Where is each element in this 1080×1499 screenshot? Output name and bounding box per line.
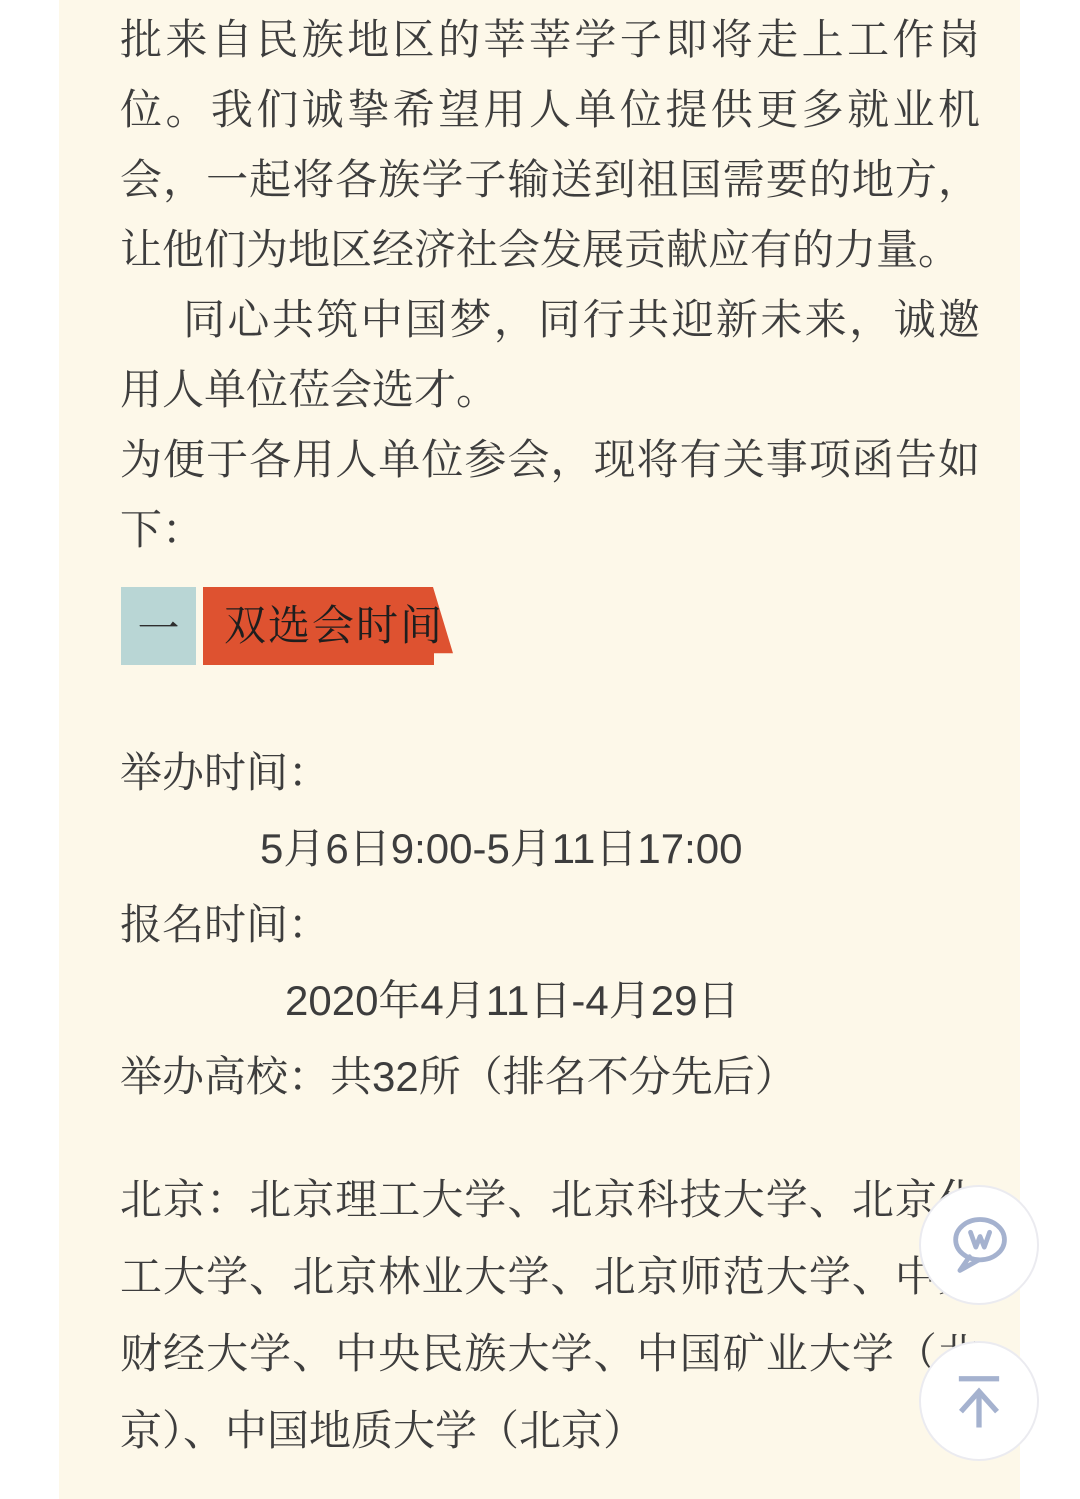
- article-page: 批来自民族地区的莘莘学子即将走上工作岗位。我们诚挚希望用人单位提供更多就业机会，…: [0, 0, 1080, 1499]
- section-title-banner: 双选会时间: [203, 587, 453, 665]
- schedule-block: 举办时间： 5月6日9:00-5月11日17:00 报名时间： 2020年4月1…: [120, 735, 1020, 1115]
- paragraph-universities-beijing: 北京：北京理工大学、北京科技大学、北京化工大学、北京林业大学、北京师范大学、中央…: [120, 1161, 980, 1469]
- signup-time-label: 报名时间：: [120, 887, 980, 963]
- arrow-up-to-bar-icon: [944, 1366, 1014, 1436]
- comment-button[interactable]: [919, 1185, 1039, 1305]
- paragraph-intro: 批来自民族地区的莘莘学子即将走上工作岗位。我们诚挚希望用人单位提供更多就业机会，…: [120, 5, 980, 285]
- section-header-time: 一 双选会时间: [121, 587, 1020, 665]
- section-index-label: 一: [137, 596, 179, 656]
- signup-time-value: 2020年4月11日-4月29日: [120, 963, 980, 1039]
- section-header-gap: [196, 587, 203, 665]
- host-time-label: 举办时间：: [120, 735, 980, 811]
- schools-count-line: 举办高校：共32所（排名不分先后）: [120, 1039, 980, 1115]
- paragraph-invitation: 同心共筑中国梦，同行共迎新未来，诚邀用人单位莅会选才。: [120, 285, 980, 425]
- section-index-box: 一: [121, 587, 196, 665]
- section-title-label: 双选会时间: [224, 593, 444, 653]
- paragraph-notice: 为便于各用人单位参会，现将有关事项函告如下：: [120, 425, 980, 565]
- article-content: 批来自民族地区的莘莘学子即将走上工作岗位。我们诚挚希望用人单位提供更多就业机会，…: [59, 0, 1020, 1499]
- w-speech-bubble-icon: [944, 1210, 1014, 1280]
- back-to-top-button[interactable]: [919, 1341, 1039, 1461]
- host-time-value: 5月6日9:00-5月11日17:00: [120, 811, 980, 887]
